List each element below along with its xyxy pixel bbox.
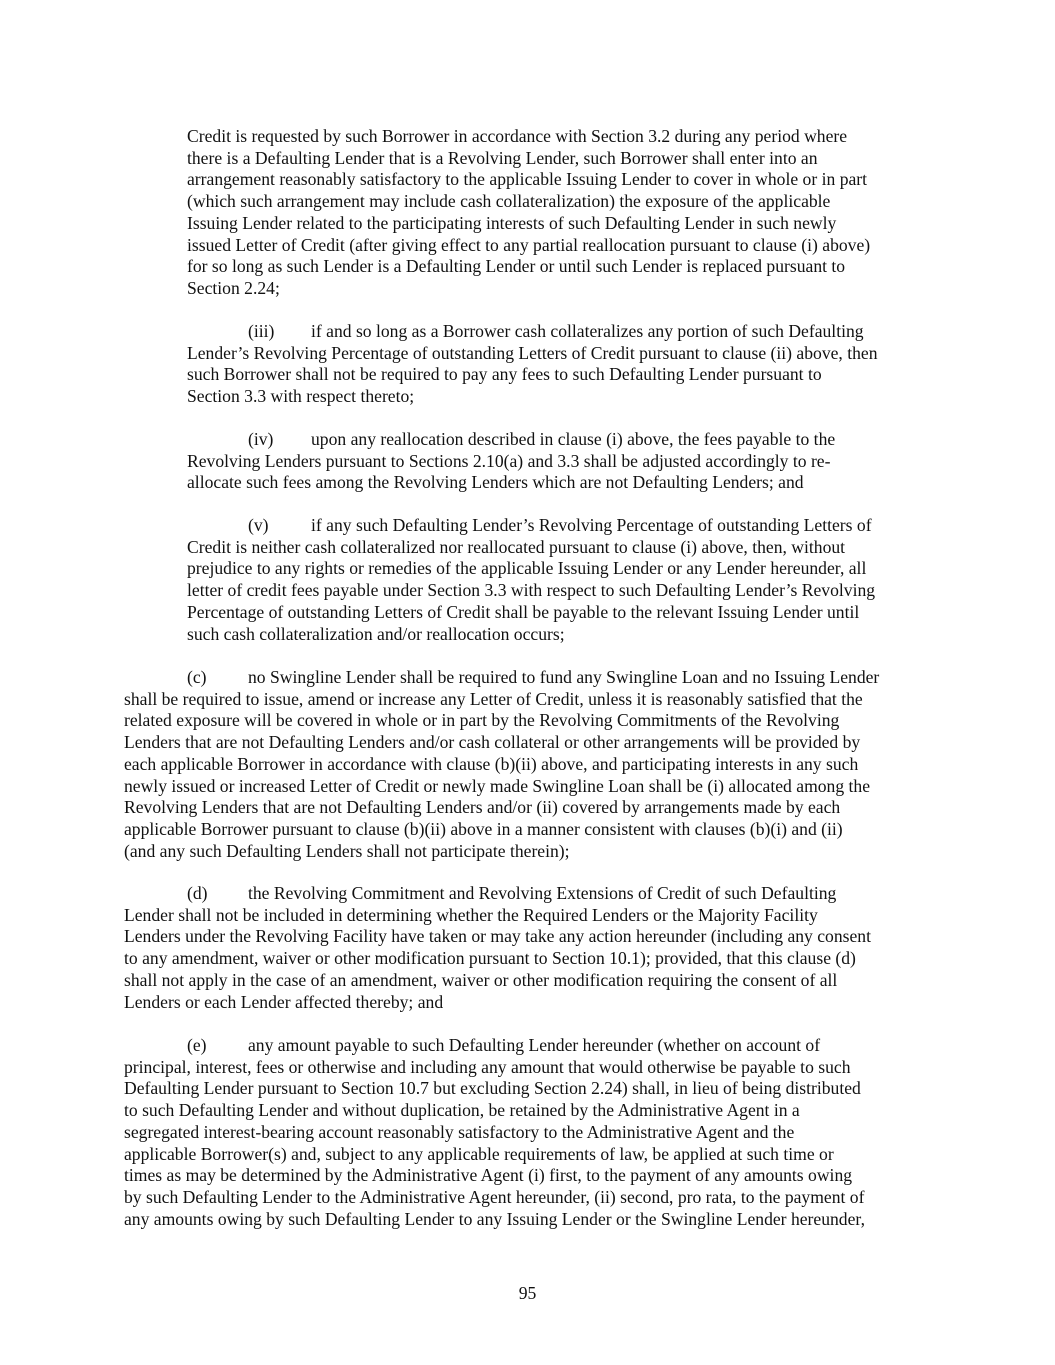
page-number: 95 (0, 1283, 1055, 1304)
paragraph-line: to any amendment, waiver or other modifi… (124, 948, 856, 970)
document-page: Credit is requested by such Borrower in … (0, 0, 1055, 1365)
paragraph-line: Section 3.3 with respect thereto; (187, 386, 414, 408)
paragraph-line: (which such arrangement may include cash… (187, 191, 830, 213)
paragraph-line: if any such Defaulting Lender’s Revolvin… (311, 515, 872, 537)
clause-label: (e) (187, 1035, 207, 1057)
paragraph-line: Lenders under the Revolving Facility hav… (124, 926, 871, 948)
paragraph-line: for so long as such Lender is a Defaulti… (187, 256, 845, 278)
paragraph-line: shall not apply in the case of an amendm… (124, 970, 837, 992)
paragraph-line: Lenders or each Lender affected thereby;… (124, 992, 443, 1014)
paragraph-line: Revolving Lenders that are not Defaultin… (124, 797, 840, 819)
paragraph-line: applicable Borrower pursuant to clause (… (124, 819, 843, 841)
paragraph-line: Lender’s Revolving Percentage of outstan… (187, 343, 878, 365)
clause-label: (d) (187, 883, 208, 905)
paragraph-line: no Swingline Lender shall be required to… (248, 667, 879, 689)
paragraph-line: any amount payable to such Defaulting Le… (248, 1035, 820, 1057)
paragraph-line: Credit is requested by such Borrower in … (187, 126, 847, 148)
paragraph-line: if and so long as a Borrower cash collat… (311, 321, 864, 343)
paragraph-line: Section 2.24; (187, 278, 280, 300)
paragraph-line: times as may be determined by the Admini… (124, 1165, 852, 1187)
paragraph-line: upon any reallocation described in claus… (311, 429, 835, 451)
paragraph-line: Revolving Lenders pursuant to Sections 2… (187, 451, 830, 473)
paragraph-line: Issuing Lender related to the participat… (187, 213, 836, 235)
paragraph-line: Credit is neither cash collateralized no… (187, 537, 845, 559)
paragraph-line: to such Defaulting Lender and without du… (124, 1100, 800, 1122)
paragraph-line: by such Defaulting Lender to the Adminis… (124, 1187, 864, 1209)
paragraph-line: there is a Defaulting Lender that is a R… (187, 148, 818, 170)
paragraph-line: allocate such fees among the Revolving L… (187, 472, 804, 494)
paragraph-line: prejudice to any rights or remedies of t… (187, 558, 866, 580)
clause-label: (c) (187, 667, 207, 689)
paragraph-line: applicable Borrower(s) and, subject to a… (124, 1144, 834, 1166)
clause-label: (iv) (248, 429, 273, 451)
paragraph-line: Defaulting Lender pursuant to Section 10… (124, 1078, 861, 1100)
paragraph-line: such cash collateralization and/or reall… (187, 624, 565, 646)
paragraph-line: principal, interest, fees or otherwise a… (124, 1057, 851, 1079)
paragraph-line: Lenders that are not Defaulting Lenders … (124, 732, 860, 754)
paragraph-line: Percentage of outstanding Letters of Cre… (187, 602, 859, 624)
paragraph-line: arrangement reasonably satisfactory to t… (187, 169, 867, 191)
paragraph-line: any amounts owing by such Defaulting Len… (124, 1209, 865, 1231)
clause-label: (v) (248, 515, 269, 537)
paragraph-line: (and any such Defaulting Lenders shall n… (124, 841, 570, 863)
paragraph-line: newly issued or increased Letter of Cred… (124, 776, 870, 798)
paragraph-line: segregated interest-bearing account reas… (124, 1122, 794, 1144)
paragraph-line: such Borrower shall not be required to p… (187, 364, 822, 386)
clause-label: (iii) (248, 321, 274, 343)
paragraph-line: letter of credit fees payable under Sect… (187, 580, 875, 602)
paragraph-line: Lender shall not be included in determin… (124, 905, 818, 927)
paragraph-line: shall be required to issue, amend or inc… (124, 689, 863, 711)
paragraph-line: the Revolving Commitment and Revolving E… (248, 883, 836, 905)
paragraph-line: issued Letter of Credit (after giving ef… (187, 235, 870, 257)
paragraph-line: each applicable Borrower in accordance w… (124, 754, 858, 776)
paragraph-line: related exposure will be covered in whol… (124, 710, 839, 732)
